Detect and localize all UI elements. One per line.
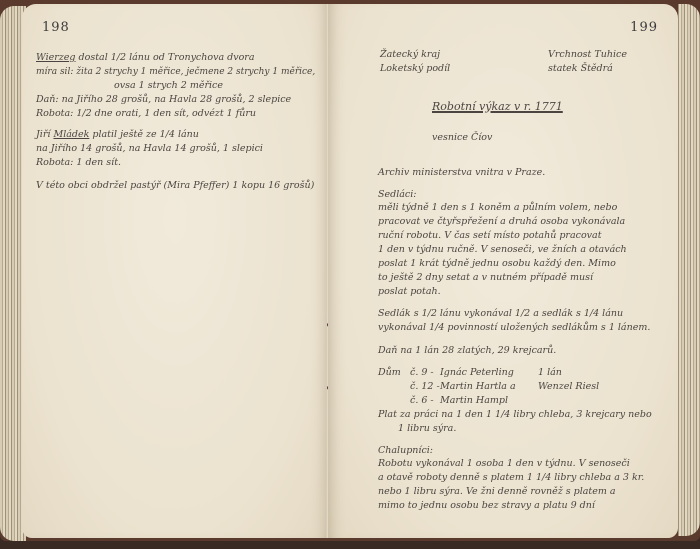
house-owner: Martin Hartla a	[440, 380, 516, 395]
archive-source: Archiv ministerstva vnitra v Praze.	[378, 166, 545, 181]
house-number: č. 9 -	[410, 366, 434, 381]
page-edges-right	[678, 4, 700, 536]
text-line: Robotu vykonával 1 osoba 1 den v týdnu. …	[378, 457, 630, 472]
text-line: 1 den v týdnu ručně. V senoseči, ve žníc…	[378, 243, 627, 258]
entry-name-prefix: Jiří	[36, 129, 50, 140]
text-line: ruční robotu. V čas setí místo potahů pr…	[378, 229, 602, 244]
entry-wierzeg: Wierzeg dostal 1/2 lánu od Tronychova dv…	[36, 51, 255, 66]
entry-name: Mládek	[53, 129, 89, 140]
text-line: to ještě 2 dny setat a v nutném případě …	[378, 271, 593, 286]
entry-line: ovsa 1 strych 2 měřice	[114, 79, 223, 94]
house-number: č. 6 -	[410, 394, 434, 409]
header-estate: statek Štědrá	[548, 62, 613, 77]
header-estate: Vrchnost Tuhice	[548, 48, 627, 63]
house-owner: Martin Hampl	[440, 394, 508, 409]
entry-line: dostal 1/2 lánu od Tronychova dvora	[79, 52, 255, 63]
house-owner: Ignác Peterling	[440, 366, 514, 381]
entry-line: na Jiřího 14 grošů, na Havla 14 grošů, 1…	[36, 142, 263, 157]
house-extra: Wenzel Riesl	[538, 380, 599, 395]
text-line: pracovat ve čtyřspřežení a druhá osoba v…	[378, 215, 625, 230]
book: 198 Wierzeg dostal 1/2 lánu od Tronychov…	[0, 0, 700, 541]
text-line: poslat 1 krát týdně jednu osobu každý de…	[378, 257, 616, 272]
entry-line: Robota: 1 den sít.	[36, 156, 121, 171]
house-number: č. 12 -	[410, 380, 440, 395]
entry-mladek: Jiří Mládek platil ještě ze 1/4 lánu	[36, 128, 199, 143]
entry-name: Wierzeg	[36, 52, 76, 63]
entry-line: Robota: 1/2 dne orati, 1 den sít, odvézt…	[36, 107, 256, 122]
header-region: Loketský podíl	[380, 62, 450, 77]
text-line: a otavě roboty denně s platem 1 1/4 libr…	[378, 471, 644, 486]
text-line: Plat za práci na 1 den 1 1/4 libry chleb…	[378, 408, 652, 423]
entry-line: míra sil: žita 2 strychy 1 měřice, ječme…	[36, 65, 315, 80]
houses-label: Dům	[378, 366, 401, 381]
house-extra: 1 lán	[538, 366, 562, 381]
text-line: Sedlák s 1/2 lánu vykonával 1/2 a sedlák…	[378, 307, 623, 322]
text-line: 1 libru sýra.	[398, 422, 456, 437]
page-number-left: 198	[42, 20, 70, 35]
text-line: mimo to jednu osobu bez stravy a platu 9…	[378, 499, 595, 514]
text-line: nebo 1 libru sýra. Ve žni denně rovněž s…	[378, 485, 616, 500]
text-line: měli týdně 1 den s 1 koněm a půlním vole…	[378, 201, 617, 216]
document-subtitle: vesnice Číov	[432, 131, 492, 146]
entry-line: Daň: na Jiřího 28 grošů, na Havla 28 gro…	[36, 93, 291, 108]
page-number-right: 199	[630, 20, 658, 35]
tax-line: Daň na 1 lán 28 zlatých, 29 krejcarů.	[378, 344, 556, 359]
right-page: 199 Žatecký kraj Loketský podíl Vrchnost…	[328, 4, 678, 538]
entry-line: platil ještě ze 1/4 lánu	[92, 129, 199, 140]
entry-line: V této obci obdržel pastýř (Mira Pfeffer…	[36, 179, 314, 194]
header-region: Žatecký kraj	[380, 48, 440, 63]
text-line: vykonával 1/4 povinností uložených sedlá…	[378, 321, 650, 336]
document-title: Robotní výkaz v r. 1771	[432, 100, 563, 115]
left-page: 198 Wierzeg dostal 1/2 lánu od Tronychov…	[22, 4, 328, 538]
text-line: poslat potah.	[378, 285, 441, 300]
